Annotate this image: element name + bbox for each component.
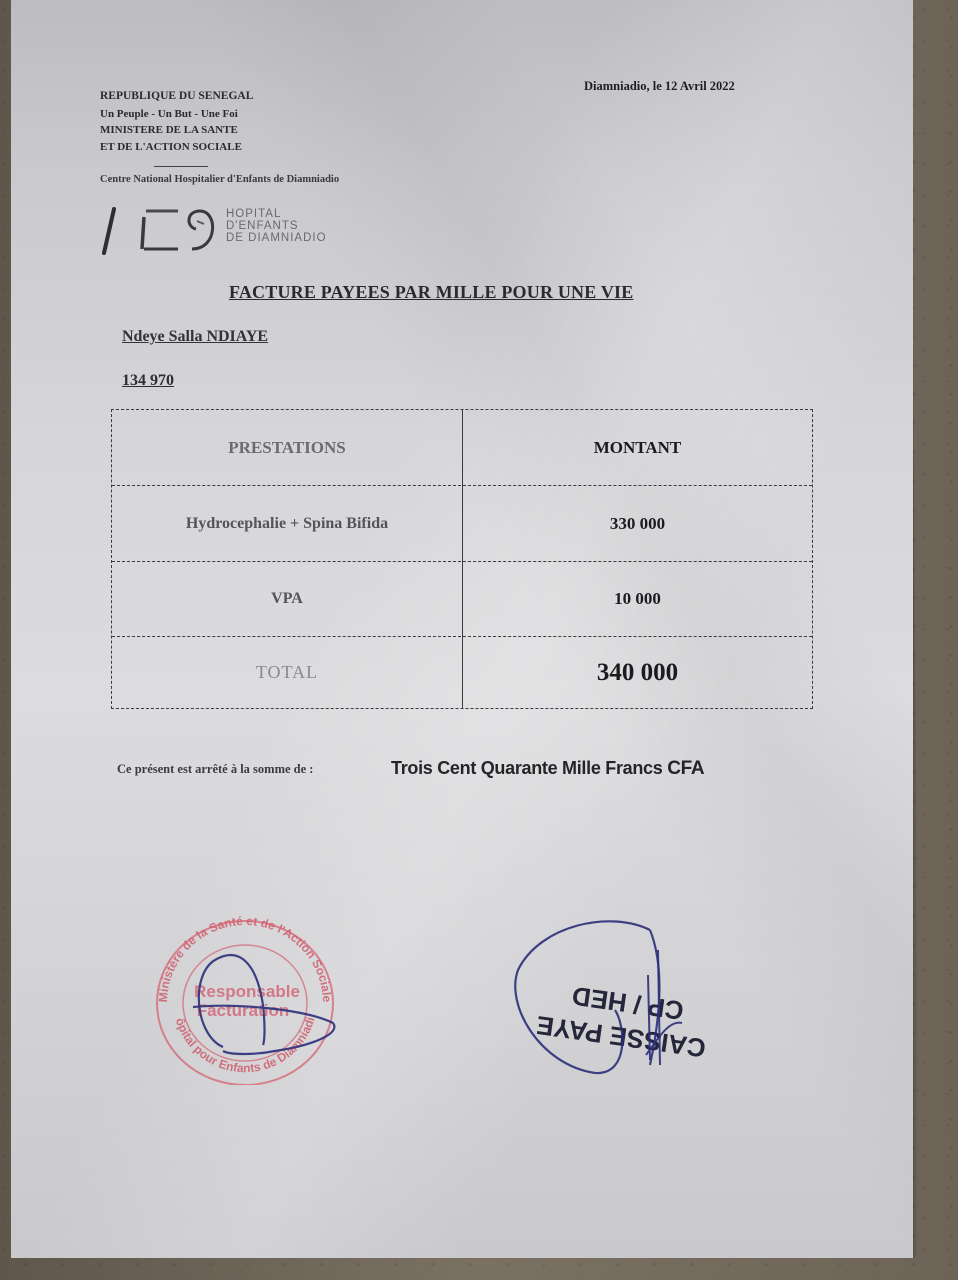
table-header-row: PRESTATIONS MONTANT: [112, 410, 812, 486]
header-separator: [154, 166, 208, 167]
amount-in-words-value: Trois Cent Quarante Mille Francs CFA: [391, 758, 704, 780]
montant-cell: 10 000: [463, 562, 812, 636]
national-motto: Un Peuple - Un But - Une Foi: [100, 108, 238, 120]
hospital-logo-text: HOPITAL D'ENFANTS DE DIAMNIADIO: [226, 208, 327, 244]
invoice-table: PRESTATIONS MONTANT Hydrocephalie + Spin…: [111, 409, 813, 709]
table-row: VPA 10 000: [112, 562, 812, 637]
reference-number: 134 970: [122, 372, 174, 390]
ministry-line-1: MINISTERE DE LA SANTE: [100, 124, 238, 136]
country-name: REPUBLIQUE DU SENEGAL: [100, 90, 253, 102]
prestation-cell: Hydrocephalie + Spina Bifida: [112, 486, 462, 561]
cashier-paid-stamp-icon: CAISSE PAYE CP / HED: [500, 915, 735, 1080]
logo-text-line-2: D'ENFANTS: [226, 220, 327, 232]
ministry-line-2: ET DE L'ACTION SOCIALE: [100, 141, 242, 153]
total-value: 340 000: [463, 637, 812, 708]
logo-text-line-1: HOPITAL: [226, 208, 327, 220]
hospital-logo-icon: [100, 205, 220, 257]
stamp-center-line-1: Responsable: [194, 982, 300, 1001]
montant-cell: 330 000: [463, 486, 812, 561]
table-row: Hydrocephalie + Spina Bifida 330 000: [112, 486, 812, 562]
amount-in-words-label: Ce présent est arrêté à la somme de :: [117, 762, 313, 777]
column-header-prestations: PRESTATIONS: [112, 410, 462, 485]
patient-name: Ndeye Salla NDIAYE: [122, 328, 268, 346]
column-header-montant: MONTANT: [463, 410, 812, 485]
table-total-row: TOTAL 340 000: [112, 637, 812, 708]
hospital-centre-name: Centre National Hospitalier d'Enfants de…: [100, 174, 339, 185]
total-label: TOTAL: [112, 637, 462, 708]
currency-label: CFA: [667, 758, 704, 779]
logo-text-line-3: DE DIAMNIADIO: [226, 232, 327, 244]
invoice-title: FACTURE PAYEES PAR MILLE POUR UNE VIE: [229, 282, 633, 303]
ministry-stamp-icon: Ministère de la Santé et de l'Action Soc…: [145, 905, 345, 1085]
prestation-cell: VPA: [112, 562, 462, 636]
stamp-center-line-2: Facturation: [197, 1001, 290, 1020]
amount-words-text: Trois Cent Quarante Mille Francs: [391, 758, 662, 778]
document-date: Diamniadio, le 12 Avril 2022: [584, 79, 735, 94]
